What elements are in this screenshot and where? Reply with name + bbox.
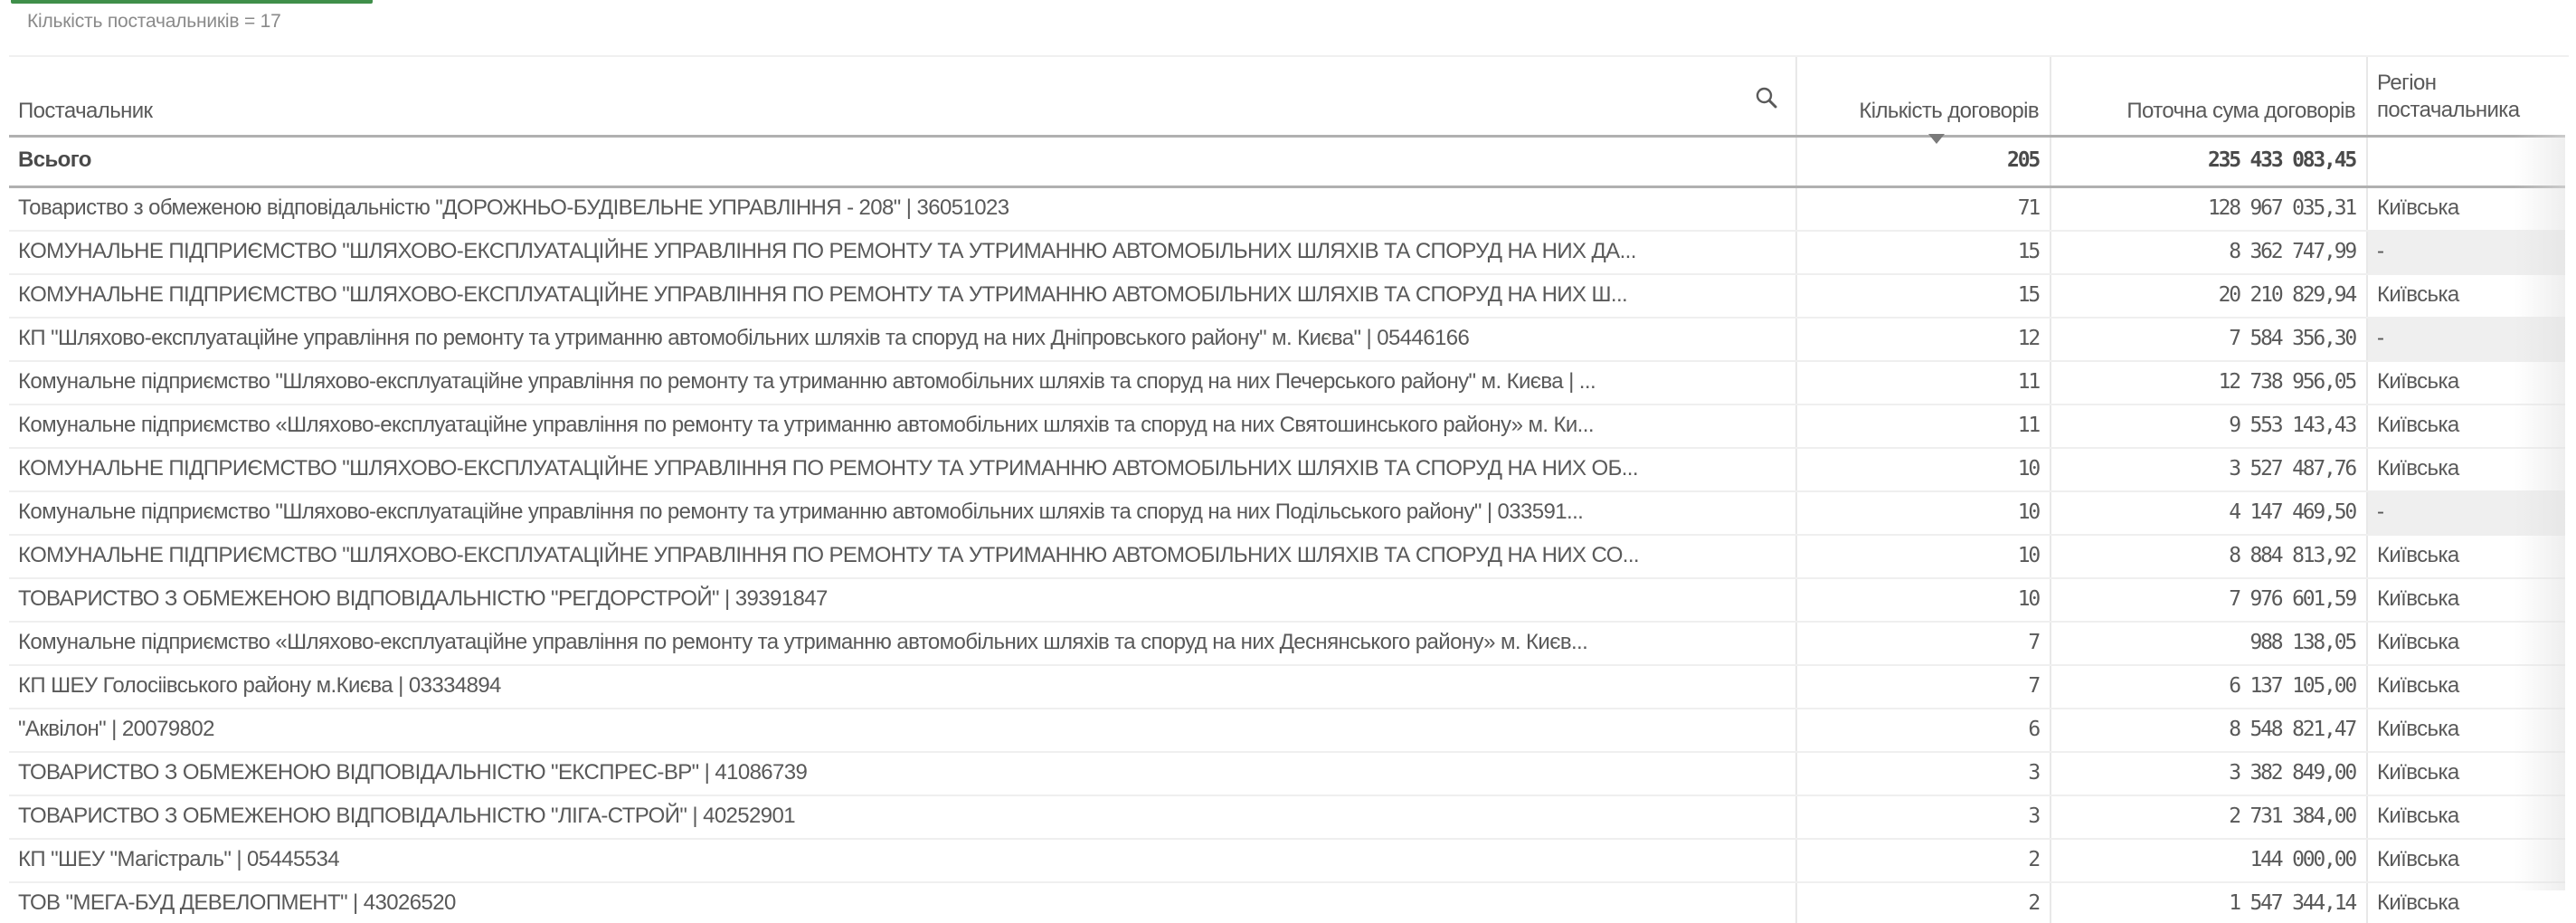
totals-row: Всього 205 235 433 083,45 — [9, 138, 2565, 188]
total-sum: 235 433 083,45 — [2050, 138, 2366, 186]
table-row[interactable]: Товариство з обмеженою відповідальністю … — [9, 188, 2565, 232]
contract-count-cell[interactable]: 10 — [1795, 492, 2050, 534]
contract-count-cell[interactable]: 2 — [1795, 883, 2050, 923]
region-cell[interactable]: Київська — [2366, 362, 2565, 404]
table-body: Товариство з обмеженою відповідальністю … — [9, 188, 2565, 923]
contract-count-cell[interactable]: 10 — [1795, 449, 2050, 490]
contract-sum-cell[interactable]: 9 553 143,43 — [2050, 405, 2366, 447]
column-header-supplier[interactable]: Постачальник — [9, 57, 1795, 135]
contract-sum-cell[interactable]: 20 210 829,94 — [2050, 275, 2366, 317]
contract-sum-cell[interactable]: 2 731 384,00 — [2050, 796, 2366, 838]
contract-count-cell[interactable]: 7 — [1795, 666, 2050, 708]
supplier-cell[interactable]: "Аквілон" | 20079802 — [9, 709, 1795, 751]
supplier-cell[interactable]: ТОВ "МЕГА-БУД ДЕВЕЛОПМЕНТ" | 43026520 — [9, 883, 1795, 923]
contract-sum-cell[interactable]: 7 584 356,30 — [2050, 319, 2366, 360]
region-cell[interactable]: Київська — [2366, 796, 2565, 838]
region-cell[interactable]: Київська — [2366, 883, 2565, 923]
contract-sum-cell[interactable]: 12 738 956,05 — [2050, 362, 2366, 404]
table-row[interactable]: КП "ШЕУ "Магістраль" | 054455342144 000,… — [9, 840, 2565, 883]
supplier-cell[interactable]: КП ШЕУ Голосіівського району м.Києва | 0… — [9, 666, 1795, 708]
region-cell[interactable]: - — [2366, 232, 2565, 273]
table-row[interactable]: ТОВАРИСТВО З ОБМЕЖЕНОЮ ВІДПОВІДАЛЬНІСТЮ … — [9, 753, 2565, 796]
supplier-cell[interactable]: КОМУНАЛЬНЕ ПІДПРИЄМСТВО "ШЛЯХОВО-ЕКСПЛУА… — [9, 449, 1795, 490]
table-row[interactable]: КОМУНАЛЬНЕ ПІДПРИЄМСТВО "ШЛЯХОВО-ЕКСПЛУА… — [9, 232, 2565, 275]
search-icon[interactable] — [1755, 86, 1778, 109]
contract-sum-cell[interactable]: 128 967 035,31 — [2050, 188, 2366, 230]
supplier-cell[interactable]: ТОВАРИСТВО З ОБМЕЖЕНОЮ ВІДПОВІДАЛЬНІСТЮ … — [9, 579, 1795, 621]
contract-sum-cell[interactable]: 1 547 344,14 — [2050, 883, 2366, 923]
contract-count-cell[interactable]: 7 — [1795, 623, 2050, 664]
region-cell[interactable]: - — [2366, 492, 2565, 534]
supplier-cell[interactable]: ТОВАРИСТВО З ОБМЕЖЕНОЮ ВІДПОВІДАЛЬНІСТЮ … — [9, 753, 1795, 795]
contract-count-cell[interactable]: 12 — [1795, 319, 2050, 360]
column-header-region[interactable]: Регіон постачальника — [2366, 57, 2565, 135]
contract-count-cell[interactable]: 3 — [1795, 753, 2050, 795]
supplier-cell[interactable]: Комунальне підприємство «Шляхово-експлуа… — [9, 623, 1795, 664]
contract-count-cell[interactable]: 10 — [1795, 579, 2050, 621]
active-tab-indicator — [11, 0, 373, 4]
supplier-cell[interactable]: Комунальне підприємство "Шляхово-експлуа… — [9, 362, 1795, 404]
table-row[interactable]: Комунальне підприємство "Шляхово-експлуа… — [9, 362, 2565, 405]
total-label: Всього — [9, 138, 1795, 186]
table-row[interactable]: Комунальне підприємство "Шляхово-експлуа… — [9, 492, 2565, 536]
supplier-cell[interactable]: Комунальне підприємство «Шляхово-експлуа… — [9, 405, 1795, 447]
contract-count-cell[interactable]: 71 — [1795, 188, 2050, 230]
contract-sum-cell[interactable]: 6 137 105,00 — [2050, 666, 2366, 708]
tab-label: Кількість постачальників = 17 — [27, 11, 281, 33]
supplier-cell[interactable]: Комунальне підприємство "Шляхово-експлуа… — [9, 492, 1795, 534]
region-cell[interactable]: Київська — [2366, 579, 2565, 621]
region-cell[interactable]: - — [2366, 319, 2565, 360]
table-row[interactable]: КОМУНАЛЬНЕ ПІДПРИЄМСТВО "ШЛЯХОВО-ЕКСПЛУА… — [9, 536, 2565, 579]
region-cell[interactable]: Київська — [2366, 405, 2565, 447]
contract-sum-cell[interactable]: 8 884 813,92 — [2050, 536, 2366, 577]
contract-sum-cell[interactable]: 7 976 601,59 — [2050, 579, 2366, 621]
table-row[interactable]: Комунальне підприємство «Шляхово-експлуа… — [9, 623, 2565, 666]
table-row[interactable]: ТОВ "МЕГА-БУД ДЕВЕЛОПМЕНТ" | 4302652021 … — [9, 883, 2565, 923]
table-row[interactable]: КП ШЕУ Голосіівського району м.Києва | 0… — [9, 666, 2565, 709]
contract-count-cell[interactable]: 2 — [1795, 840, 2050, 881]
contract-count-cell[interactable]: 11 — [1795, 405, 2050, 447]
contract-count-cell[interactable]: 15 — [1795, 232, 2050, 273]
supplier-cell[interactable]: Товариство з обмеженою відповідальністю … — [9, 188, 1795, 230]
contract-sum-cell[interactable]: 144 000,00 — [2050, 840, 2366, 881]
supplier-cell[interactable]: КП "ШЕУ "Магістраль" | 05445534 — [9, 840, 1795, 881]
suppliers-table: Постачальник Кількість договорів Поточна… — [9, 57, 2565, 923]
contract-count-cell[interactable]: 6 — [1795, 709, 2050, 751]
table-row[interactable]: "Аквілон" | 2007980268 548 821,47Київськ… — [9, 709, 2565, 753]
total-region — [2366, 138, 2565, 186]
contract-sum-cell[interactable]: 3 527 487,76 — [2050, 449, 2366, 490]
contract-sum-cell[interactable]: 3 382 849,00 — [2050, 753, 2366, 795]
table-row[interactable]: КОМУНАЛЬНЕ ПІДПРИЄМСТВО "ШЛЯХОВО-ЕКСПЛУА… — [9, 275, 2565, 319]
contract-sum-cell[interactable]: 8 362 747,99 — [2050, 232, 2366, 273]
region-cell[interactable]: Київська — [2366, 623, 2565, 664]
contract-count-cell[interactable]: 3 — [1795, 796, 2050, 838]
supplier-cell[interactable]: КОМУНАЛЬНЕ ПІДПРИЄМСТВО "ШЛЯХОВО-ЕКСПЛУА… — [9, 232, 1795, 273]
table-row[interactable]: КОМУНАЛЬНЕ ПІДПРИЄМСТВО "ШЛЯХОВО-ЕКСПЛУА… — [9, 449, 2565, 492]
table-row[interactable]: ТОВАРИСТВО З ОБМЕЖЕНОЮ ВІДПОВІДАЛЬНІСТЮ … — [9, 796, 2565, 840]
supplier-cell[interactable]: КОМУНАЛЬНЕ ПІДПРИЄМСТВО "ШЛЯХОВО-ЕКСПЛУА… — [9, 275, 1795, 317]
region-cell[interactable]: Київська — [2366, 840, 2565, 881]
contract-sum-cell[interactable]: 8 548 821,47 — [2050, 709, 2366, 751]
contract-sum-cell[interactable]: 4 147 469,50 — [2050, 492, 2366, 534]
table-row[interactable]: КП "Шляхово-експлуатаційне управління по… — [9, 319, 2565, 362]
region-cell[interactable]: Київська — [2366, 449, 2565, 490]
total-count: 205 — [1795, 138, 2050, 186]
contract-sum-cell[interactable]: 988 138,05 — [2050, 623, 2366, 664]
region-cell[interactable]: Київська — [2366, 666, 2565, 708]
region-cell[interactable]: Київська — [2366, 536, 2565, 577]
region-cell[interactable]: Київська — [2366, 709, 2565, 751]
table-row[interactable]: ТОВАРИСТВО З ОБМЕЖЕНОЮ ВІДПОВІДАЛЬНІСТЮ … — [9, 579, 2565, 623]
column-header-contract-count[interactable]: Кількість договорів — [1795, 57, 2050, 135]
contract-count-cell[interactable]: 11 — [1795, 362, 2050, 404]
supplier-cell[interactable]: КОМУНАЛЬНЕ ПІДПРИЄМСТВО "ШЛЯХОВО-ЕКСПЛУА… — [9, 536, 1795, 577]
supplier-cell[interactable]: ТОВАРИСТВО З ОБМЕЖЕНОЮ ВІДПОВІДАЛЬНІСТЮ … — [9, 796, 1795, 838]
region-cell[interactable]: Київська — [2366, 188, 2565, 230]
supplier-cell[interactable]: КП "Шляхово-експлуатаційне управління по… — [9, 319, 1795, 360]
sheet-tab[interactable]: Кількість постачальників = 17 — [11, 0, 373, 52]
region-cell[interactable]: Київська — [2366, 753, 2565, 795]
contract-count-cell[interactable]: 10 — [1795, 536, 2050, 577]
table-row[interactable]: Комунальне підприємство «Шляхово-експлуа… — [9, 405, 2565, 449]
column-header-contract-sum[interactable]: Поточна сума договорів — [2050, 57, 2366, 135]
region-cell[interactable]: Київська — [2366, 275, 2565, 317]
table-header: Постачальник Кількість договорів Поточна… — [9, 57, 2565, 138]
contract-count-cell[interactable]: 15 — [1795, 275, 2050, 317]
